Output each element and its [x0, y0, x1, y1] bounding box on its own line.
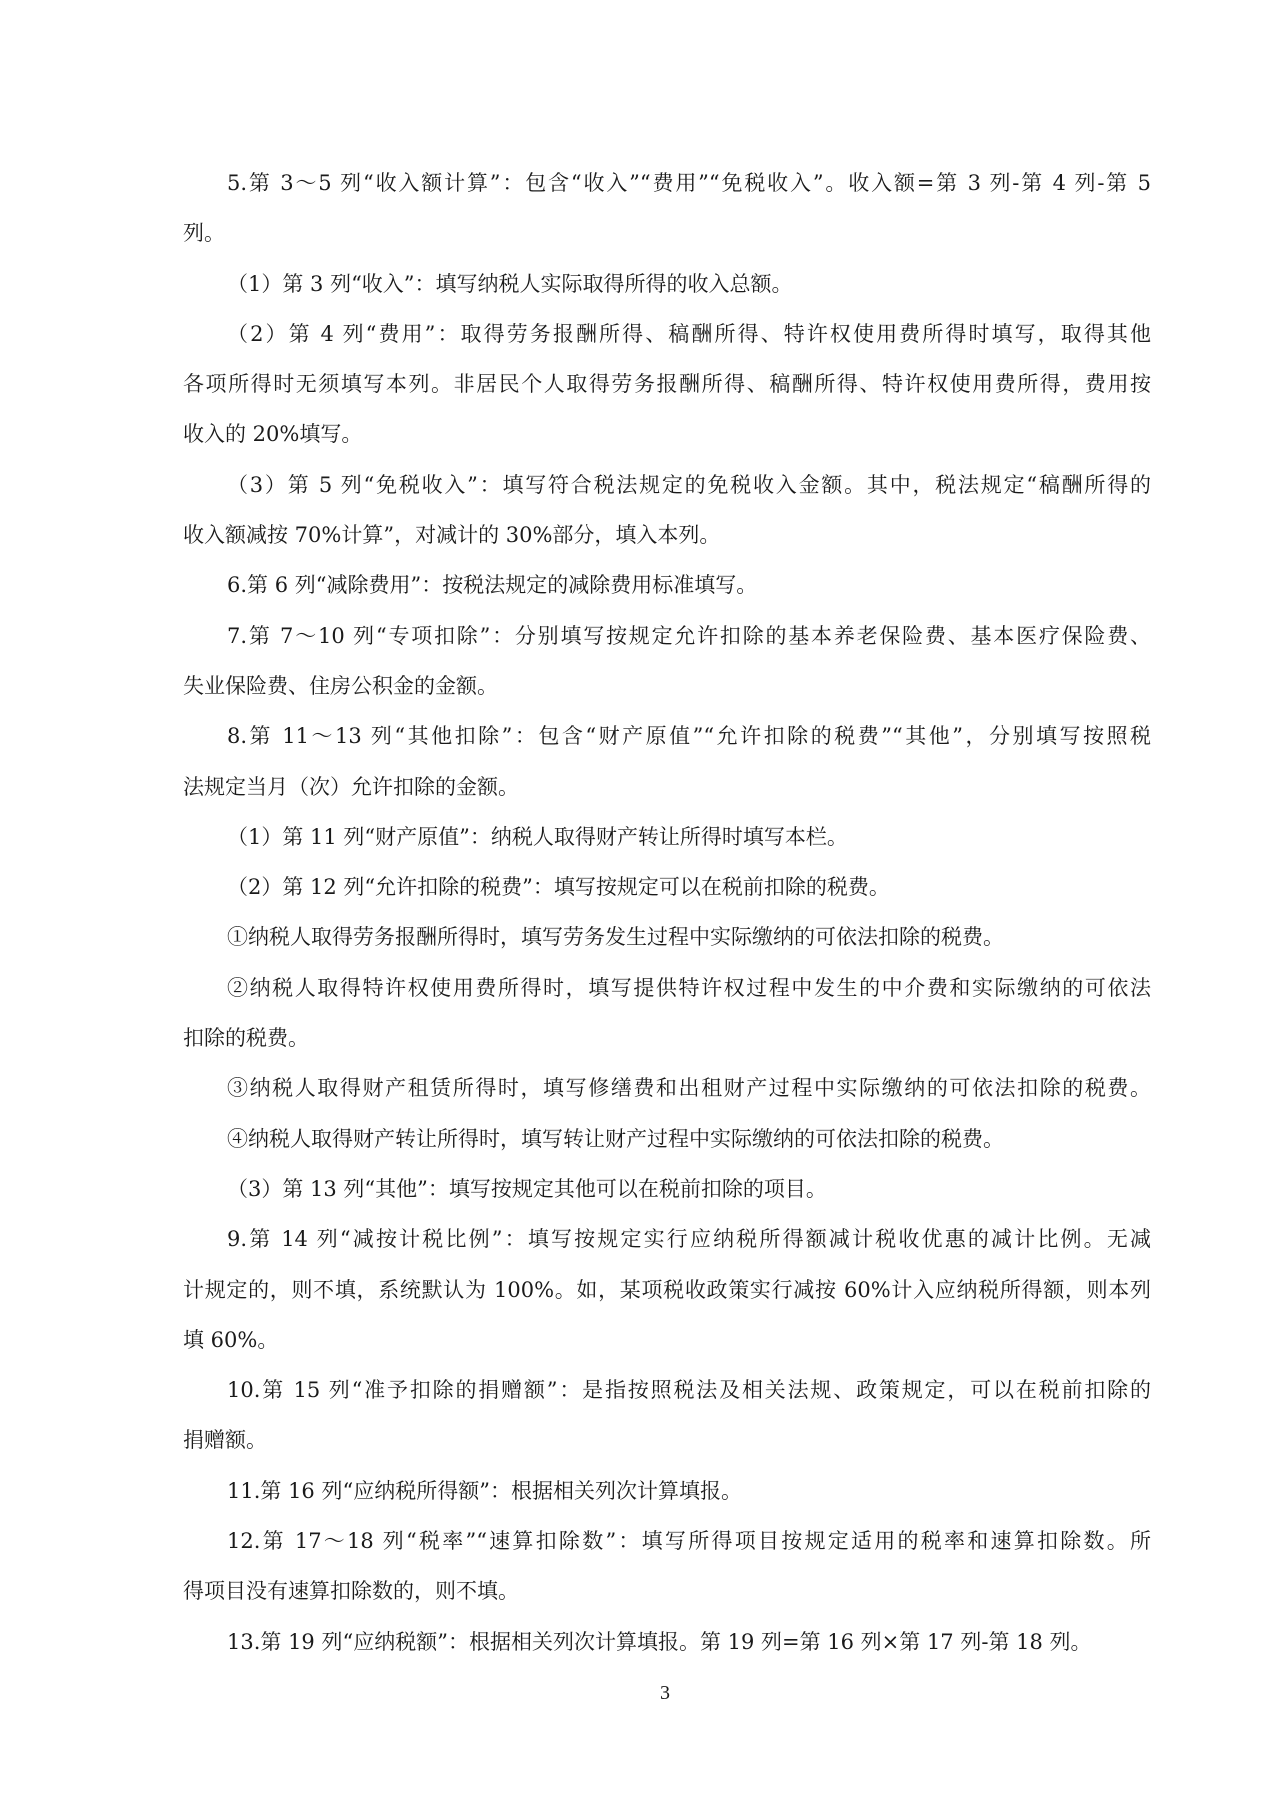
- document-body: 5.第 3～5 列“收入额计算”：包含“收入”“费用”“免税收入”。收入额=第 …: [183, 158, 1151, 1667]
- paragraph-line-col4-expense-cont1: 各项所得时无须填写本列。非居民个人取得劳务报酬所得、稿酬所得、特许权使用费所得，…: [183, 359, 1151, 409]
- paragraph-line-col12-sub4: ④纳税人取得财产转让所得时，填写转让财产过程中实际缴纳的可依法扣除的税费。: [183, 1114, 1151, 1164]
- paragraph-line-item-5-cont: 列。: [183, 208, 1151, 258]
- paragraph-line-item-7: 7.第 7～10 列“专项扣除”：分别填写按规定允许扣除的基本养老保险费、基本医…: [183, 611, 1151, 661]
- paragraph-line-col12-sub2: ②纳税人取得特许权使用费所得时，填写提供特许权过程中发生的中介费和实际缴纳的可依…: [183, 963, 1151, 1013]
- paragraph-line-item-5: 5.第 3～5 列“收入额计算”：包含“收入”“费用”“免税收入”。收入额=第 …: [183, 158, 1151, 208]
- paragraph-line-col12-sub2-cont: 扣除的税费。: [183, 1013, 1151, 1063]
- paragraph-line-item-11: 11.第 16 列“应纳税所得额”：根据相关列次计算填报。: [183, 1466, 1151, 1516]
- paragraph-line-col12: （2）第 12 列“允许扣除的税费”：填写按规定可以在税前扣除的税费。: [183, 862, 1151, 912]
- paragraph-line-item-7-cont: 失业保险费、住房公积金的金额。: [183, 661, 1151, 711]
- paragraph-line-item-6: 6.第 6 列“减除费用”：按税法规定的减除费用标准填写。: [183, 560, 1151, 610]
- document-page: 5.第 3～5 列“收入额计算”：包含“收入”“费用”“免税收入”。收入额=第 …: [0, 0, 1280, 1810]
- paragraph-line-item-10-cont: 捐赠额。: [183, 1415, 1151, 1465]
- paragraph-line-item-8: 8.第 11～13 列“其他扣除”：包含“财产原值”“允许扣除的税费”“其他”，…: [183, 711, 1151, 761]
- paragraph-line-item-12: 12.第 17～18 列“税率”“速算扣除数”：填写所得项目按规定适用的税率和速…: [183, 1516, 1151, 1566]
- paragraph-line-col3-income: （1）第 3 列“收入”：填写纳税人实际取得所得的收入总额。: [183, 259, 1151, 309]
- paragraph-line-item-9-cont1: 计规定的，则不填，系统默认为 100%。如，某项税收政策实行减按 60%计入应纳…: [183, 1265, 1151, 1315]
- page-number: 3: [650, 1680, 680, 1706]
- paragraph-line-col11: （1）第 11 列“财产原值”：纳税人取得财产转让所得时填写本栏。: [183, 812, 1151, 862]
- paragraph-line-col4-expense-cont2: 收入的 20%填写。: [183, 409, 1151, 459]
- paragraph-line-col4-expense: （2）第 4 列“费用”：取得劳务报酬所得、稿酬所得、特许权使用费所得时填写，取…: [183, 309, 1151, 359]
- paragraph-line-item-8-cont: 法规定当月（次）允许扣除的金额。: [183, 762, 1151, 812]
- paragraph-line-col12-sub3: ③纳税人取得财产租赁所得时，填写修缮费和出租财产过程中实际缴纳的可依法扣除的税费…: [183, 1063, 1151, 1113]
- paragraph-line-col5-taxfree: （3）第 5 列“免税收入”：填写符合税法规定的免税收入金额。其中，税法规定“稿…: [183, 460, 1151, 510]
- paragraph-line-col12-sub1: ①纳税人取得劳务报酬所得时，填写劳务发生过程中实际缴纳的可依法扣除的税费。: [183, 912, 1151, 962]
- paragraph-line-item-13: 13.第 19 列“应纳税额”：根据相关列次计算填报。第 19 列=第 16 列…: [183, 1617, 1151, 1667]
- paragraph-line-item-9: 9.第 14 列“减按计税比例”：填写按规定实行应纳税所得额减计税收优惠的减计比…: [183, 1214, 1151, 1264]
- paragraph-line-item-9-cont2: 填 60%。: [183, 1315, 1151, 1365]
- paragraph-line-item-10: 10.第 15 列“准予扣除的捐赠额”：是指按照税法及相关法规、政策规定，可以在…: [183, 1365, 1151, 1415]
- paragraph-line-col5-taxfree-cont: 收入额减按 70%计算”，对减计的 30%部分，填入本列。: [183, 510, 1151, 560]
- paragraph-line-item-12-cont: 得项目没有速算扣除数的，则不填。: [183, 1566, 1151, 1616]
- paragraph-line-col13: （3）第 13 列“其他”：填写按规定其他可以在税前扣除的项目。: [183, 1164, 1151, 1214]
